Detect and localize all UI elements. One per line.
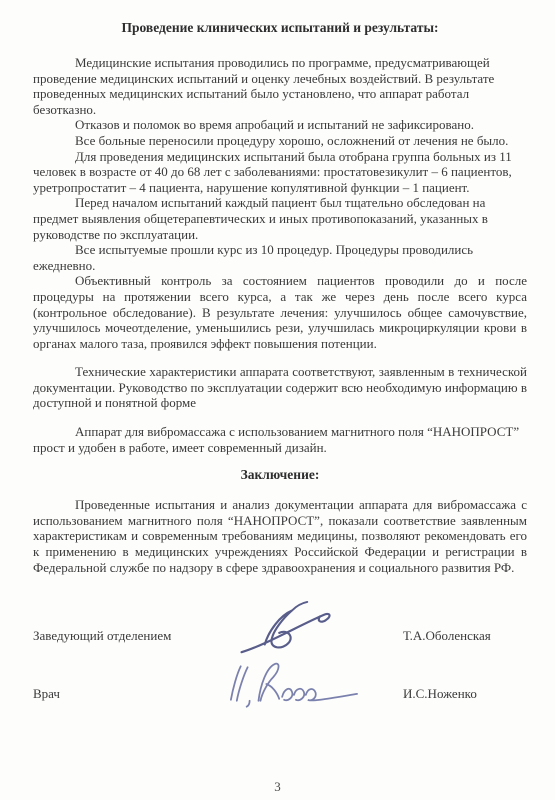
paragraph: Отказов и поломок во время апробаций и и… [33, 117, 527, 133]
signature-stroke [282, 689, 357, 701]
signature-stroke [231, 666, 250, 706]
signature-stroke [258, 664, 279, 701]
signatory-name: И.С.Ноженко [361, 686, 477, 702]
paragraph: Объективный контроль за состоянием пацие… [33, 273, 527, 351]
paragraph-gap [33, 411, 527, 424]
section-title: Проведение клинических испытаний и резул… [33, 20, 527, 36]
signature-row: Заведующий отделением Т.А.Оболенская [33, 607, 527, 665]
signature-row: Врач И.С.Ноженко [33, 665, 527, 723]
paragraph: Медицинские испытания проводились по про… [33, 55, 527, 117]
paragraph: Все больные переносили процедуру хорошо,… [33, 133, 527, 149]
paragraph: Перед началом испытаний каждый пациент б… [33, 195, 527, 242]
conclusion-paragraph: Проведенные испытания и анализ документа… [33, 497, 527, 575]
signature-role: Заведующий отделением [33, 628, 211, 644]
signature-role: Врач [33, 686, 211, 702]
conclusion-title: Заключение: [33, 467, 527, 483]
paragraph: Все испытуемые прошли курс из 10 процеду… [33, 242, 527, 273]
paragraph-gap [33, 351, 527, 364]
paragraph: Для проведения медицинских испытаний был… [33, 149, 527, 196]
page-number: 3 [0, 779, 555, 795]
signatory-name: Т.А.Оболенская [361, 628, 491, 644]
signature-stroke [292, 602, 307, 611]
signature-obolenskaya-icon [211, 614, 361, 658]
signature-nozhenko-icon [211, 678, 361, 710]
paragraph: Аппарат для вибромассажа с использование… [33, 424, 527, 455]
paragraph: Технические характеристики аппарата соот… [33, 364, 527, 411]
signature-block: Заведующий отделением Т.А.Оболенская Вра… [33, 607, 527, 723]
document-page: Проведение клинических испытаний и резул… [0, 0, 555, 800]
